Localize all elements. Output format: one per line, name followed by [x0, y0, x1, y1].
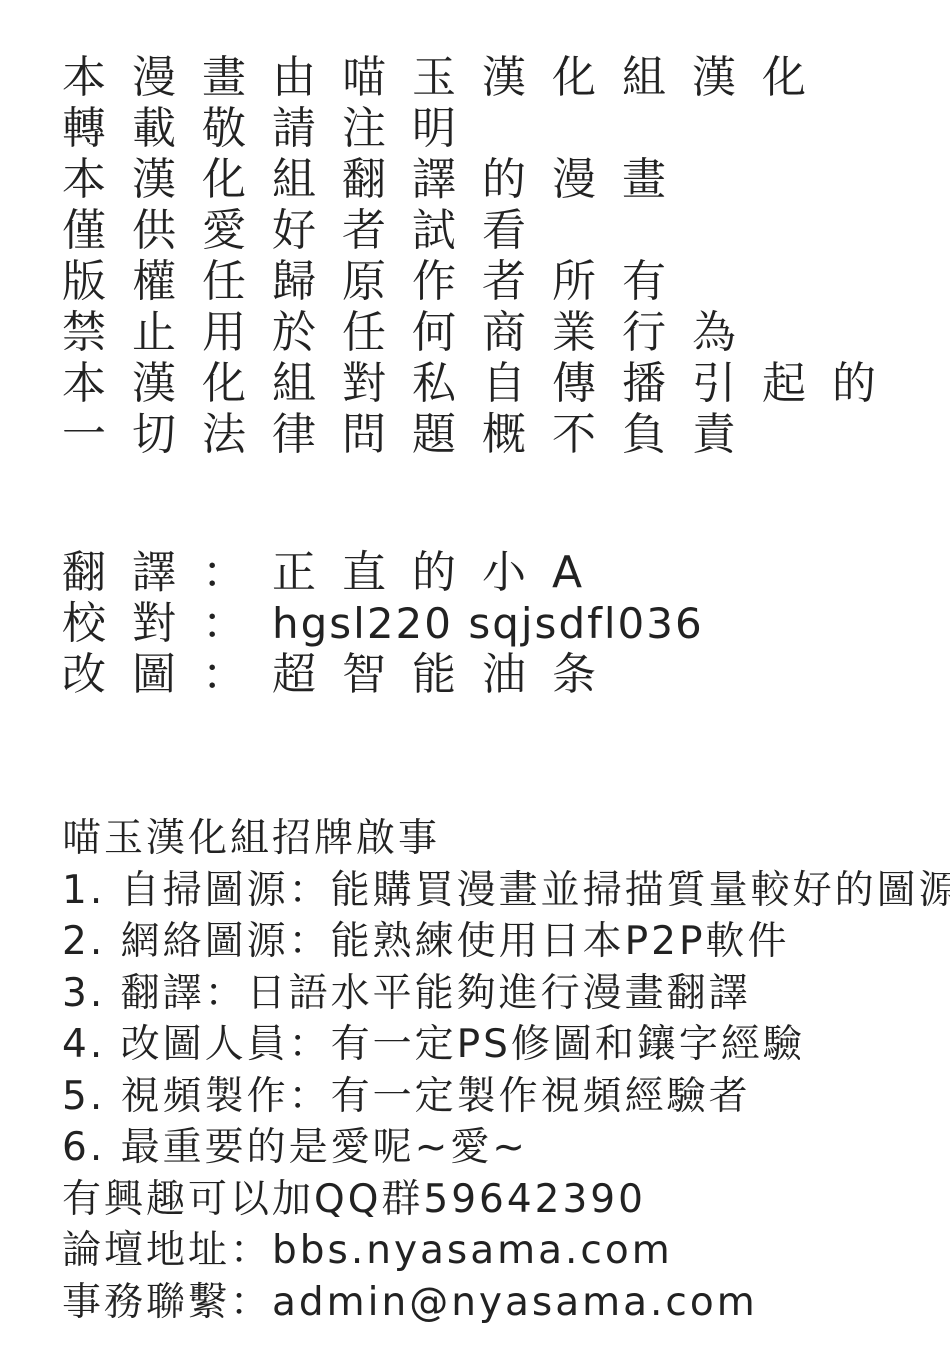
disclaimer-line: 一切法律問題概不負責 — [62, 409, 950, 460]
credit-line-editor: 改圖：超智能油条 — [62, 649, 950, 700]
recruitment-line: 1. 自掃圖源：能購買漫畫並掃描質量較好的圖源 — [62, 865, 950, 917]
credit-person: 正直的小A — [272, 547, 608, 598]
credit-person: 超智能油条 — [272, 649, 622, 700]
disclaimer-line: 本漢化組對私自傳播引起的 — [62, 358, 950, 409]
credits-section: 翻譯：正直的小A 校對：hgsl220 sqjsdfl036 改圖：超智能油条 — [62, 547, 950, 700]
recruitment-title: 喵玉漢化組招牌啟事 — [62, 813, 950, 865]
credit-line-translator: 翻譯：正直的小A — [62, 547, 950, 598]
disclaimer-section: 本漫畫由喵玉漢化組漢化 轉載敬請注明 本漢化組翻譯的漫畫 僅供愛好者試看 版權任… — [62, 52, 950, 460]
credit-person: hgsl220 sqjsdfl036 — [272, 599, 704, 648]
recruitment-qq-line: 有興趣可以加QQ群59642390 — [62, 1174, 950, 1226]
recruitment-line: 2. 網絡圖源：能熟練使用日本P2P軟件 — [62, 916, 950, 968]
recruitment-forum-line: 論壇地址：bbs.nyasama.com — [62, 1225, 950, 1277]
disclaimer-line: 本漢化組翻譯的漫畫 — [62, 154, 950, 205]
credit-role-label: 翻譯： — [62, 547, 272, 598]
credit-role-label: 改圖： — [62, 649, 272, 700]
credit-line-proofreader: 校對：hgsl220 sqjsdfl036 — [62, 598, 950, 649]
disclaimer-line: 轉載敬請注明 — [62, 103, 950, 154]
recruitment-line: 3. 翻譯：日語水平能夠進行漫畫翻譯 — [62, 968, 950, 1020]
recruitment-line: 5. 視頻製作：有一定製作視頻經驗者 — [62, 1071, 950, 1123]
disclaimer-line: 本漫畫由喵玉漢化組漢化 — [62, 52, 950, 103]
disclaimer-line: 僅供愛好者試看 — [62, 205, 950, 256]
recruitment-line: 6. 最重要的是愛呢~愛~ — [62, 1122, 950, 1174]
disclaimer-line: 版權任歸原作者所有 — [62, 256, 950, 307]
recruitment-line: 4. 改圖人員：有一定PS修圖和鑲字經驗 — [62, 1019, 950, 1071]
scanlation-credits-page: 本漫畫由喵玉漢化組漢化 轉載敬請注明 本漢化組翻譯的漫畫 僅供愛好者試看 版權任… — [0, 0, 950, 1348]
credit-role-label: 校對： — [62, 598, 272, 649]
page-content: 本漫畫由喵玉漢化組漢化 轉載敬請注明 本漢化組翻譯的漫畫 僅供愛好者試看 版權任… — [62, 52, 950, 1328]
recruitment-contact-line: 事務聯繫：admin@nyasama.com — [62, 1277, 950, 1329]
disclaimer-line: 禁止用於任何商業行為 — [62, 307, 950, 358]
recruitment-section: 喵玉漢化組招牌啟事 1. 自掃圖源：能購買漫畫並掃描質量較好的圖源 2. 網絡圖… — [62, 813, 950, 1328]
